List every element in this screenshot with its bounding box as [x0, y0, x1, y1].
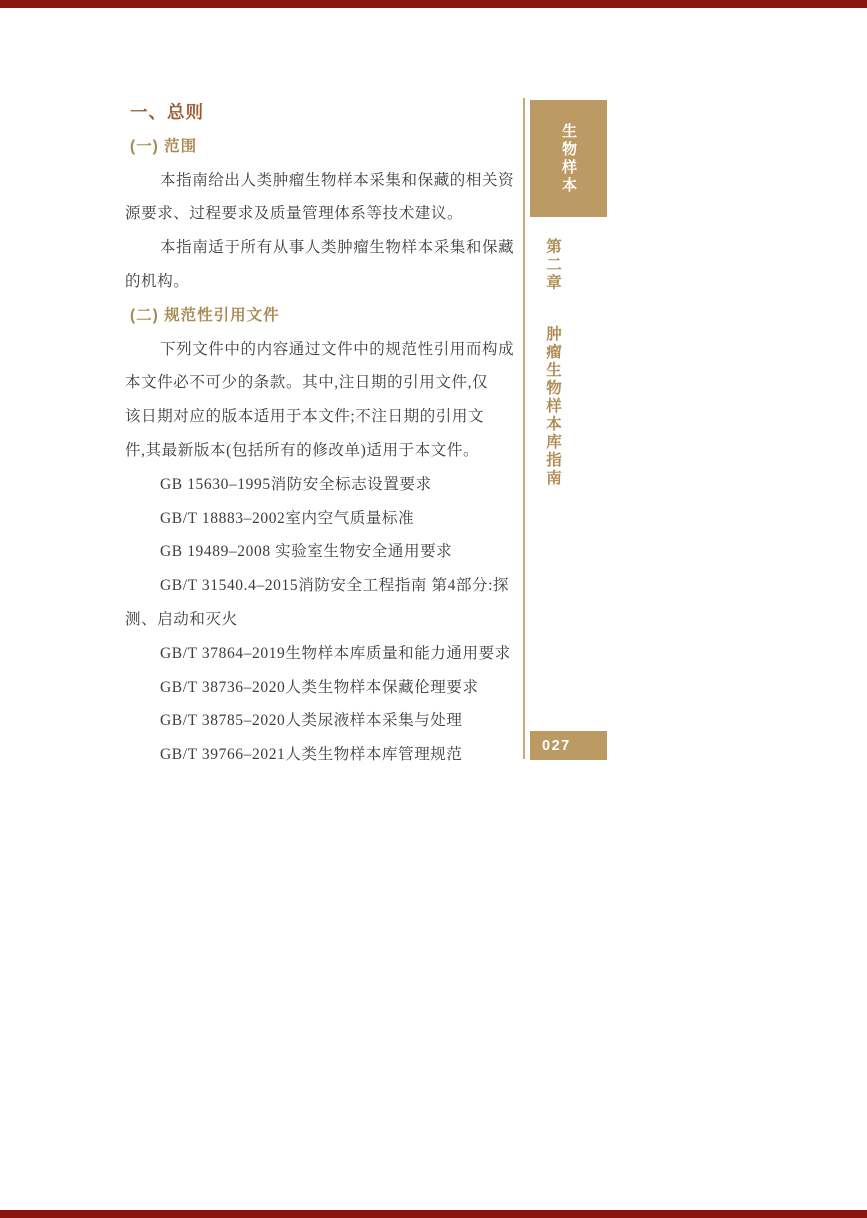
text-line: GB/T 38785–2020人类尿液样本采集与处理: [125, 704, 497, 738]
text-line: 件,其最新版本(包括所有的修改单)适用于本文件。: [125, 434, 497, 468]
text-line: 本指南给出人类肿瘤生物样本采集和保藏的相关资: [125, 164, 497, 198]
sidebar-tab-biosample: 生物样本: [530, 100, 607, 217]
section-title: 一、总则: [125, 96, 497, 130]
page-number: 027: [530, 738, 571, 754]
chapter-label: 第二章 肿瘤生物样本库指南: [541, 238, 563, 718]
text-line: 测、启动和灭火: [125, 603, 497, 637]
text-line: GB/T 18883–2002室内空气质量标准: [125, 502, 497, 536]
page-number-box: 027: [530, 731, 607, 760]
sidebar-rule: [523, 98, 525, 759]
text-line: 的机构。: [125, 265, 497, 299]
main-text-column: 一、总则(一) 范围本指南给出人类肿瘤生物样本采集和保藏的相关资源要求、过程要求…: [125, 96, 497, 772]
text-line: GB 15630–1995消防安全标志设置要求: [125, 468, 497, 502]
chapter-title: 肿瘤生物样本库指南: [544, 326, 561, 488]
text-line: 该日期对应的版本适用于本文件;不注日期的引用文: [125, 400, 497, 434]
sidebar-tab-label: 生物样本: [558, 123, 579, 195]
text-line: GB/T 31540.4–2015消防安全工程指南 第4部分:探: [125, 569, 497, 603]
top-rule: [0, 0, 867, 8]
text-line: GB/T 37864–2019生物样本库质量和能力通用要求: [125, 637, 497, 671]
text-line: 本指南适于所有从事人类肿瘤生物样本采集和保藏: [125, 231, 497, 265]
text-line: 下列文件中的内容通过文件中的规范性引用而构成: [125, 333, 497, 367]
text-line: 本文件必不可少的条款。其中,注日期的引用文件,仅: [125, 366, 497, 400]
subsection-heading: (一) 范围: [125, 130, 497, 164]
text-line: 源要求、过程要求及质量管理体系等技术建议。: [125, 197, 497, 231]
text-line: GB/T 38736–2020人类生物样本保藏伦理要求: [125, 671, 497, 705]
document-page: 一、总则(一) 范围本指南给出人类肿瘤生物样本采集和保藏的相关资源要求、过程要求…: [0, 0, 867, 1218]
subsection-heading: (二) 规范性引用文件: [125, 299, 497, 333]
chapter-number: 第二章: [541, 238, 563, 292]
text-line: GB/T 39766–2021人类生物样本库管理规范: [125, 738, 497, 772]
text-line: GB 19489–2008 实验室生物安全通用要求: [125, 535, 497, 569]
bottom-rule: [0, 1210, 867, 1218]
